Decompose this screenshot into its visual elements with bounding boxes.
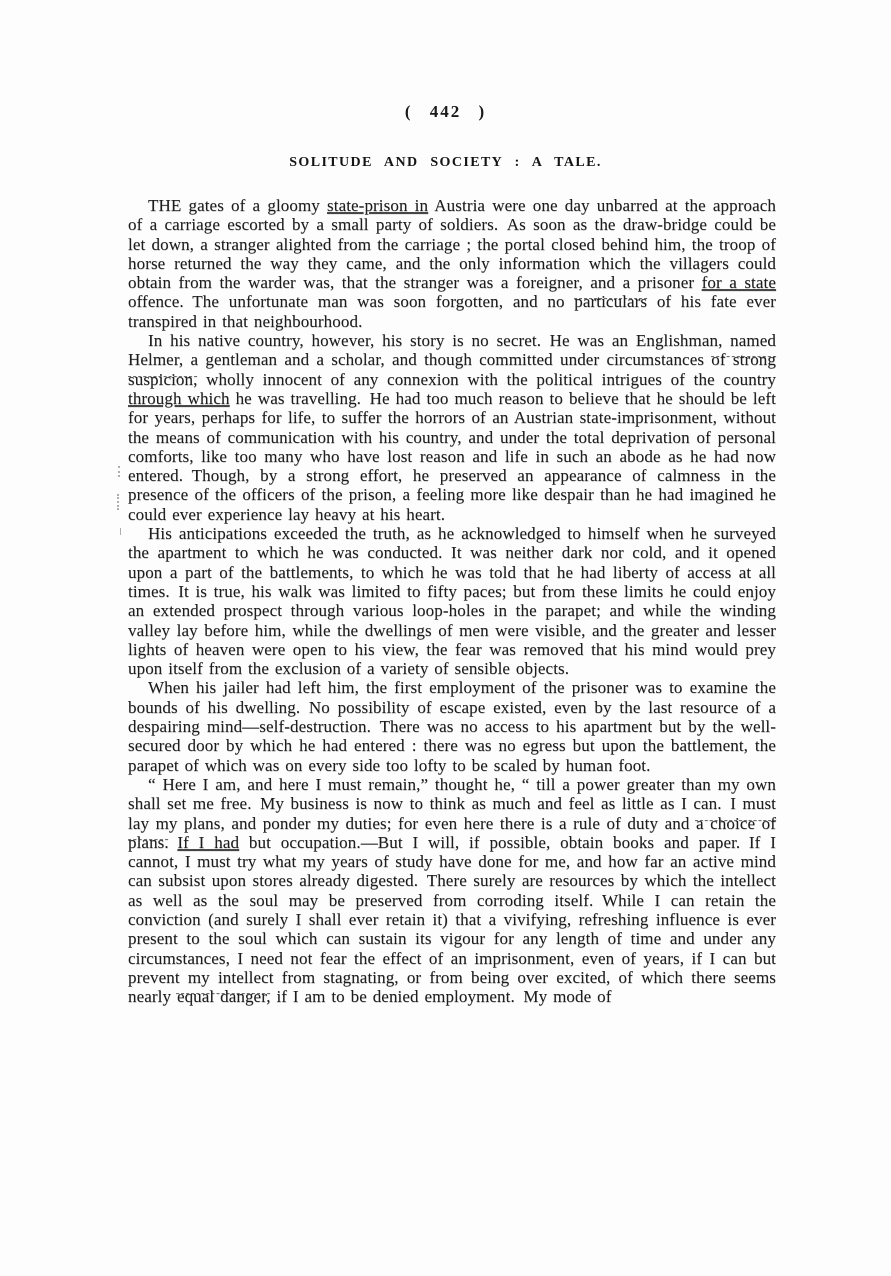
text-segment: “ Here I am, and here I must remain,” th… — [128, 775, 776, 833]
text-segment: If I had — [177, 833, 239, 852]
text-segment: wholly innocent of any connexion with th… — [197, 370, 776, 389]
text-segment: particulars — [574, 292, 647, 311]
text-segment: equal danger, — [177, 987, 271, 1006]
text-segment: In his native country, however, his stor… — [128, 331, 776, 369]
page-number: ( 442 ) — [0, 102, 891, 122]
scanned-book-page: ( 442 ) SOLITUDE AND SOCIETY : A TALE. T… — [0, 0, 891, 1276]
text-segment: When his jailer had left him, the first … — [128, 678, 776, 774]
text-segment: THE gates of a gloomy — [148, 196, 327, 215]
text-segment: he was travelling. He had too much reaso… — [128, 389, 776, 524]
paragraph: His anticipations exceeded the truth, as… — [128, 524, 776, 678]
scan-artifact-mark — [117, 494, 119, 510]
text-segment: but occupation.—But I will, if possible,… — [128, 833, 776, 1006]
text-segment: for a state — [702, 273, 776, 292]
scan-artifact-mark — [118, 466, 120, 477]
text-segment: through which — [128, 389, 230, 408]
text-segment: state-prison in — [327, 196, 428, 215]
article-title: SOLITUDE AND SOCIETY : A TALE. — [0, 155, 891, 171]
paragraph: “ Here I am, and here I must remain,” th… — [128, 775, 776, 1007]
paragraph: THE gates of a gloomy state-prison in Au… — [128, 196, 776, 331]
scan-artifact-mark — [120, 528, 121, 535]
text-segment: His anticipations exceeded the truth, as… — [128, 524, 776, 678]
paragraph: In his native country, however, his stor… — [128, 331, 776, 524]
paragraph: When his jailer had left him, the first … — [128, 678, 776, 774]
article-body: THE gates of a gloomy state-prison in Au… — [128, 196, 776, 1006]
text-segment: if I am to be denied employment. My mode… — [271, 987, 612, 1006]
text-segment: offence. The unfortunate man was soon fo… — [128, 292, 574, 311]
